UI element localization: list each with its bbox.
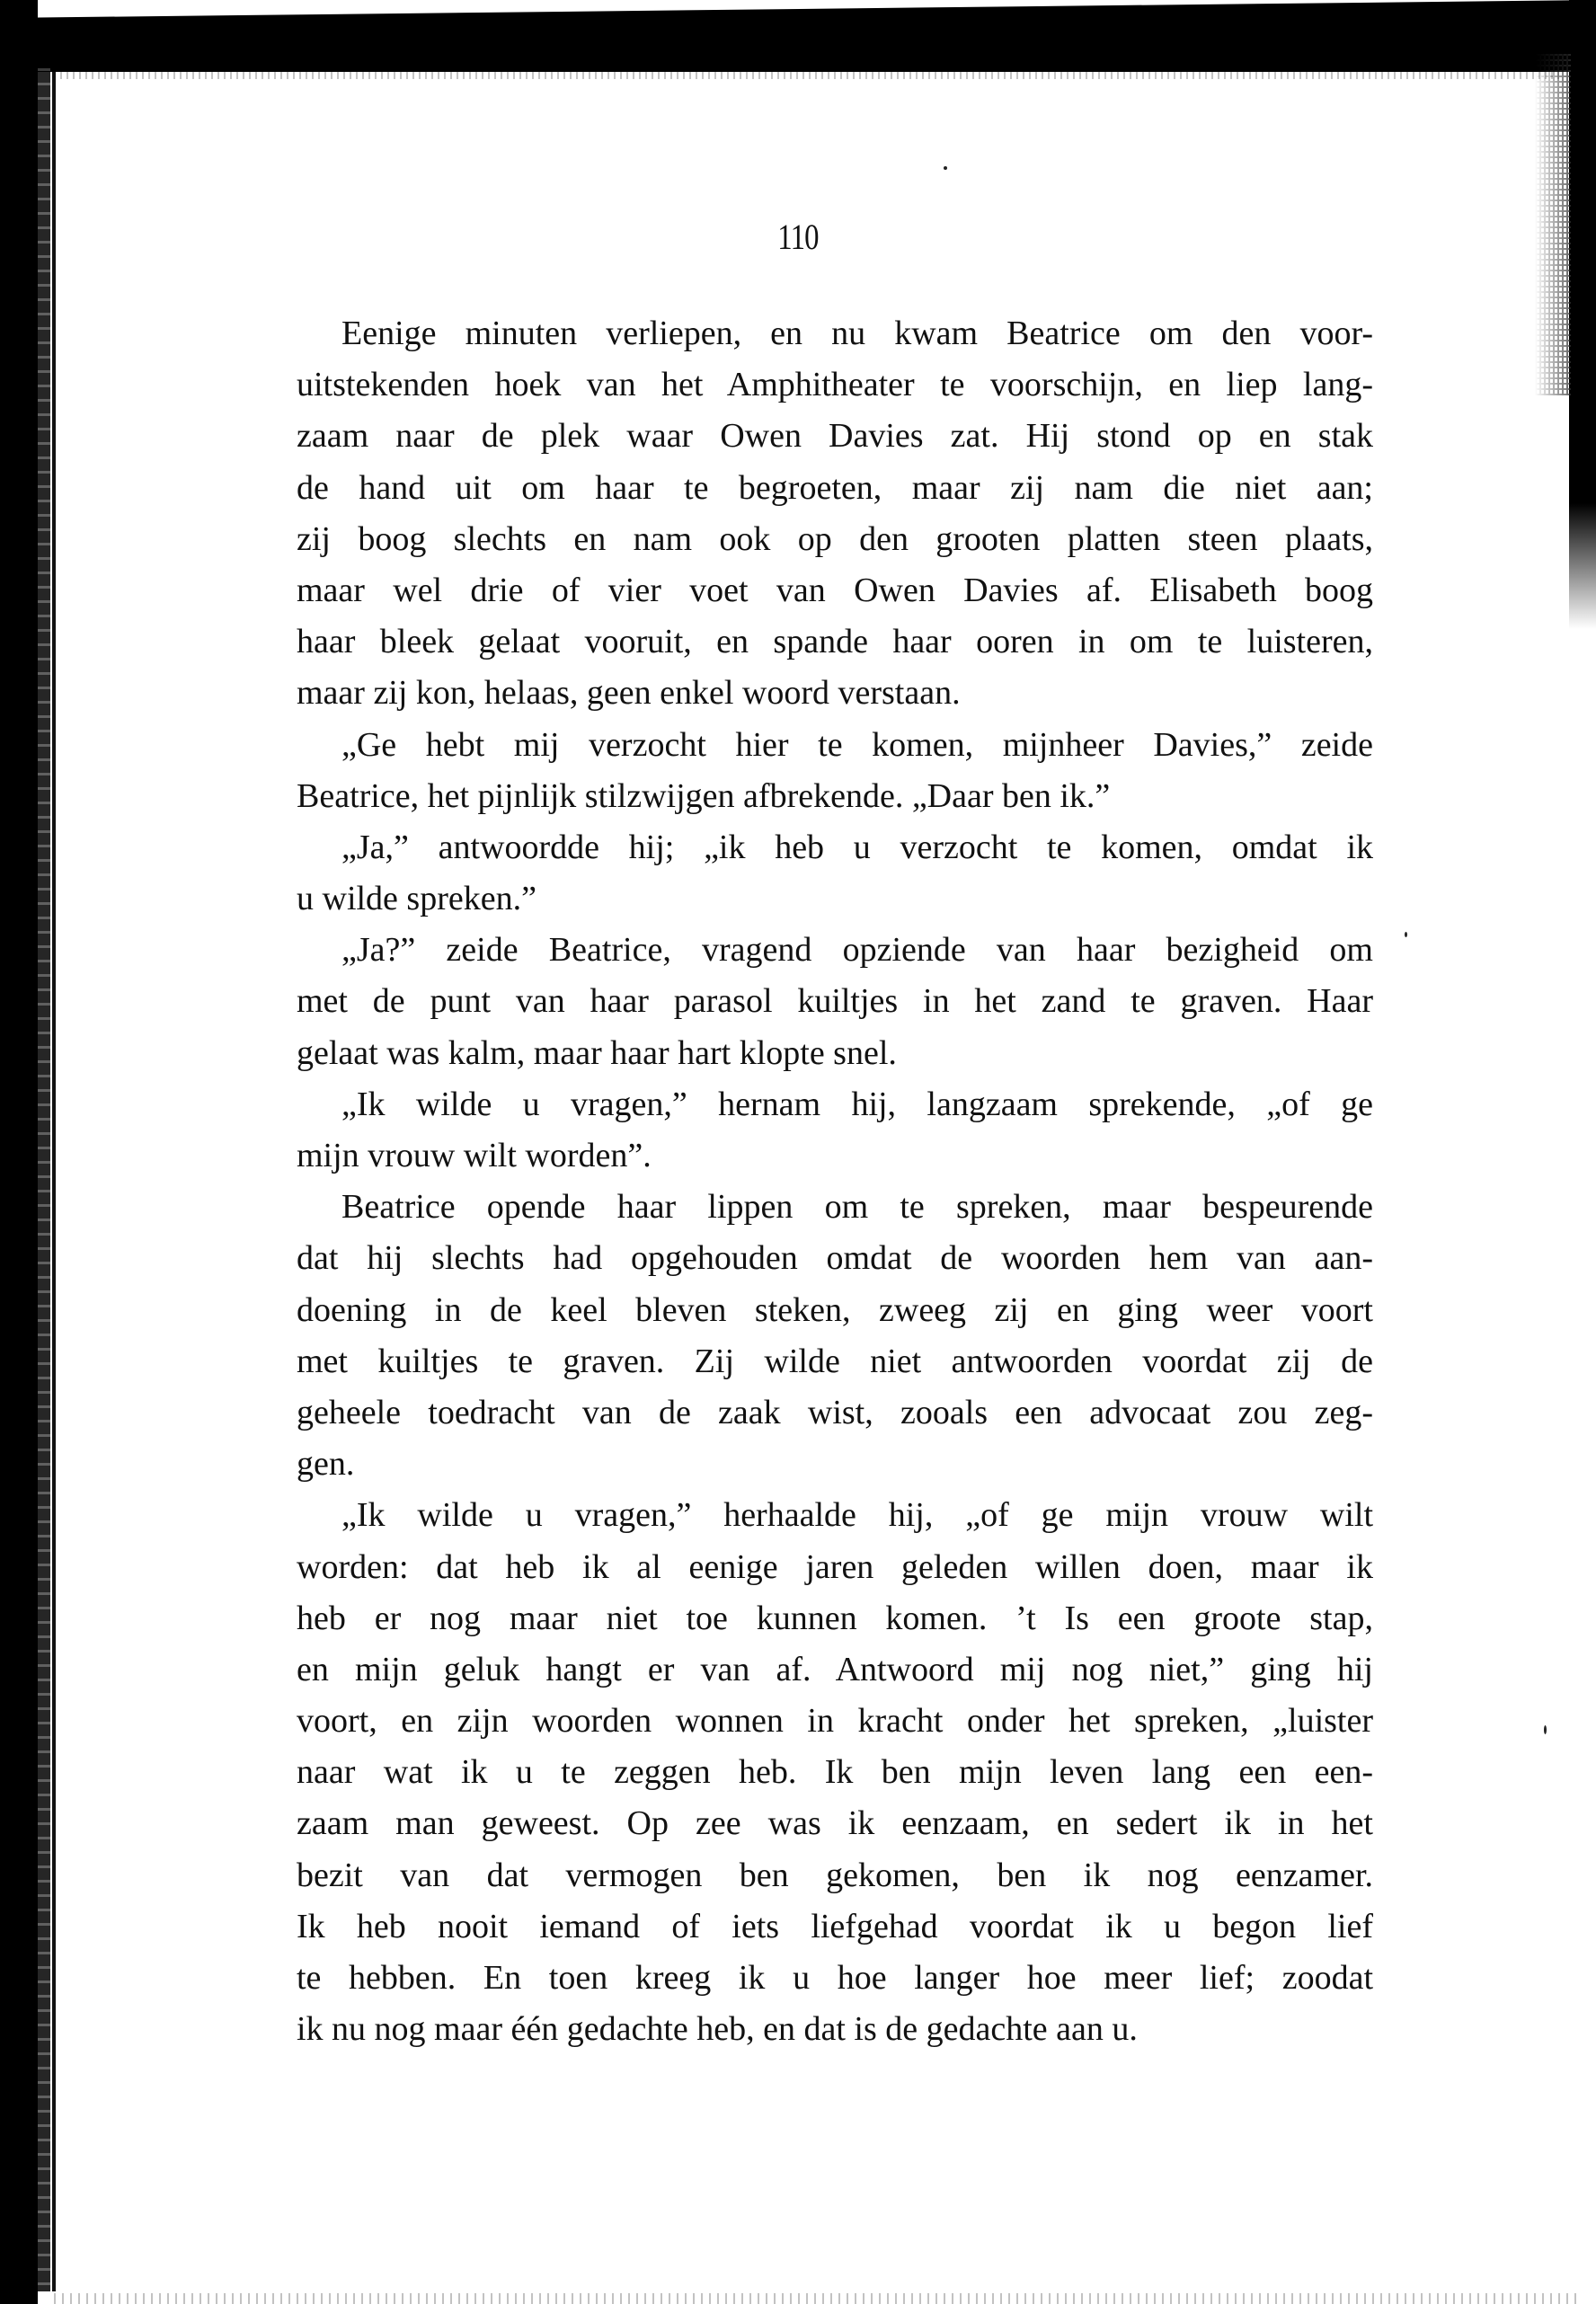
text-line: zaam man geweest. Op zee was ik eenzaam,… <box>297 1798 1373 1849</box>
text-line: haar bleek gelaat vooruit, en spande haa… <box>297 616 1373 668</box>
text-line: zaam naar de plek waar Owen Davies zat. … <box>297 411 1373 462</box>
text-line: Ik heb nooit iemand of iets liefgehad vo… <box>297 1901 1373 1953</box>
paragraph: „Ik wilde u vragen,” herhaalde hij, „of … <box>297 1490 1373 2055</box>
text-line: naar wat ik u te zeggen heb. Ik ben mijn… <box>297 1747 1373 1798</box>
text-line: „Ja,” antwoordde hij; „ik heb u verzocht… <box>297 822 1373 873</box>
text-line: Beatrice opende haar lippen om te spreke… <box>297 1182 1373 1233</box>
text-line: met de punt van haar parasol kuiltjes in… <box>297 976 1373 1027</box>
text-line: u wilde spreken.” <box>297 873 1373 925</box>
text-line: voort, en zijn woorden wonnen in kracht … <box>297 1696 1373 1747</box>
text-line: met kuiltjes te graven. Zij wilde niet a… <box>297 1336 1373 1387</box>
paragraph: „Ik wilde u vragen,” hernam hij, langzaa… <box>297 1079 1373 1182</box>
text-line: maar zij kon, helaas, geen enkel woord v… <box>297 668 1373 719</box>
text-line: en mijn geluk hangt er van af. Antwoord … <box>297 1644 1373 1696</box>
text-line: uitstekenden hoek van het Amphitheater t… <box>297 359 1373 411</box>
text-line: te hebben. En toen kreeg ik u hoe langer… <box>297 1953 1373 2004</box>
text-line: „Ge hebt mij verzocht hier te komen, mij… <box>297 720 1373 771</box>
text-line: bezit van dat vermogen ben gekomen, ben … <box>297 1850 1373 1901</box>
book-page: 110 Eenige minuten verliepen, en nu kwam… <box>0 0 1596 2304</box>
text-line: maar wel drie of vier voet van Owen Davi… <box>297 565 1373 616</box>
text-line: „Ja?” zeide Beatrice, vragend opziende v… <box>297 925 1373 976</box>
paragraph: „Ge hebt mij verzocht hier te komen, mij… <box>297 720 1373 822</box>
text-line: Eenige minuten verliepen, en nu kwam Bea… <box>297 308 1373 359</box>
text-line: geheele toedracht van de zaak wist, zooa… <box>297 1387 1373 1439</box>
paragraph: „Ja,” antwoordde hij; „ik heb u verzocht… <box>297 822 1373 925</box>
text-line: de hand uit om haar te begroeten, maar z… <box>297 463 1373 514</box>
text-line: heb er nog maar niet toe kunnen komen. ’… <box>297 1593 1373 1644</box>
page-number: 110 <box>144 216 1452 258</box>
paragraph: Beatrice opende haar lippen om te spreke… <box>297 1182 1373 1490</box>
text-line: gelaat was kalm, maar haar hart klopte s… <box>297 1028 1373 1079</box>
text-line: zij boog slechts en nam ook op den groot… <box>297 514 1373 565</box>
text-line: ik nu nog maar één gedachte heb, en dat … <box>297 2004 1373 2055</box>
text-line: dat hij slechts had opgehouden omdat de … <box>297 1233 1373 1284</box>
paragraph: Eenige minuten verliepen, en nu kwam Bea… <box>297 308 1373 720</box>
text-line: doening in de keel bleven steken, zweeg … <box>297 1285 1373 1336</box>
text-line: Beatrice, het pijnlijk stilzwijgen afbre… <box>297 771 1373 822</box>
body-text: Eenige minuten verliepen, en nu kwam Bea… <box>297 308 1373 2055</box>
text-line: gen. <box>297 1439 1373 1490</box>
text-line: worden: dat heb ik al eenige jaren geled… <box>297 1542 1373 1593</box>
paragraph: „Ja?” zeide Beatrice, vragend opziende v… <box>297 925 1373 1079</box>
text-line: „Ik wilde u vragen,” hernam hij, langzaa… <box>297 1079 1373 1130</box>
text-line: „Ik wilde u vragen,” herhaalde hij, „of … <box>297 1490 1373 1541</box>
text-line: mijn vrouw wilt worden”. <box>297 1130 1373 1182</box>
